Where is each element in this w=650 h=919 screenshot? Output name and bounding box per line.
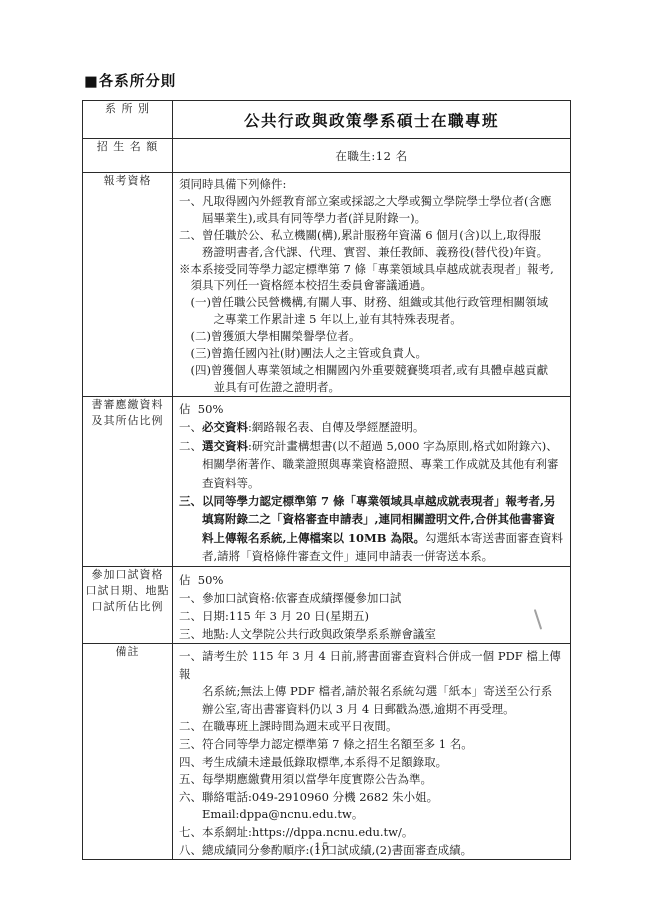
text-line: 二、日期:115 年 3 月 20 日(星期五) [179, 607, 567, 625]
text-line: 須具下列任一資格經本校招生委員會審議通過。 [179, 277, 567, 294]
interview-content: 佔 50%一、參加口試資格:依審查成績擇優參加口試二、日期:115 年 3 月 … [173, 567, 571, 644]
row-label-text: 系 所 別 [83, 101, 172, 117]
text-segment: (一)曾任職公民營機構,有關人事、財務、組織或其他行政管理相關領域 [191, 295, 549, 309]
row-label-documents: 書審應繳資料 及其所佔比例 [83, 397, 173, 567]
table-row-notes: 備註 一、請考生於 115 年 3 月 4 日前,將書面審查資料合併成一個 PD… [83, 644, 571, 860]
row-label-qualification: 報考資格 [83, 173, 173, 397]
text-segment: 屆畢業生),或具有同等學力者(詳見附錄一)。 [202, 211, 426, 225]
text-line: 須同時具備下列條件: [179, 176, 567, 193]
text-line: 二、在職專班上課時間為週末或平日夜間。 [179, 718, 567, 736]
text-line: 佔 50% [179, 400, 567, 418]
text-line: 七、本系網址:https://dppa.ncnu.edu.tw/。 [179, 824, 567, 842]
text-line: 四、考生成績未達最低錄取標準,本系得不足額錄取。 [179, 754, 567, 772]
text-line: 辦公室,寄出書審資料仍以 3 月 4 日郵戳為憑,逾期不再受理。 [179, 701, 567, 719]
text-line: 屆畢業生),或具有同等學力者(詳見附錄一)。 [179, 210, 567, 227]
text-segment: 一、凡取得國內外經教育部立案或採認之大學或獨立學院學士學位者(含應 [179, 194, 551, 208]
text-line: 一、必交資料:網路報名表、自傳及學經歷證明。 [179, 418, 567, 436]
text-line: 三、符合同等學力認定標準第 7 條之招生名額至多 1 名。 [179, 736, 567, 754]
text-line: (二)曾獲頒大學相關榮譽學位者。 [179, 328, 567, 345]
text-segment: 辦公室,寄出書審資料仍以 3 月 4 日郵戳為憑,逾期不再受理。 [202, 702, 515, 716]
text-line: 名系統;無法上傳 PDF 檔者,請於報名系統勾選「紙本」寄送至公行系 [179, 683, 567, 701]
row-label-text: 參加口試資格 [83, 567, 172, 583]
row-label-text: 書審應繳資料 [83, 397, 172, 413]
text-segment: 並具有可佐證之證明者。 [214, 380, 341, 394]
table-row-interview: 參加口試資格 口試日期、地點 口試所佔比例 佔 50%一、參加口試資格:依審查成… [83, 567, 571, 644]
department-title: 公共行政與政策學系碩士在職專班 [173, 101, 571, 139]
text-line: 三、以同等學力認定標準第 7 條「專業領域具卓越成就表現者」報考者,另 [179, 492, 567, 510]
row-label-interview: 參加口試資格 口試日期、地點 口試所佔比例 [83, 567, 173, 644]
text-segment: 佔 50% [179, 402, 223, 416]
text-line: 料上傳報名系統,上傳檔案以 10MB 為限。勾選紙本寄送書面審查資料 [179, 529, 567, 547]
notes-content: 一、請考生於 115 年 3 月 4 日前,將書面審查資料合併成一個 PDF 檔… [173, 644, 571, 860]
text-line: (四)曾獲個人專業領域之相關國內外重要競賽獎項者,或有具體卓越貢獻 [179, 362, 567, 379]
text-line: 一、凡取得國內外經教育部立案或採認之大學或獨立學院學士學位者(含應 [179, 193, 567, 210]
text-segment: 一、請考生於 115 年 3 月 4 日前,將書面審查資料合併成一個 PDF 檔… [179, 649, 561, 681]
text-segment: 三、符合同等學力認定標準第 7 條之招生名額至多 1 名。 [179, 737, 473, 751]
row-label-text: 招 生 名 額 [83, 139, 172, 155]
admission-table: 系 所 別 公共行政與政策學系碩士在職專班 招 生 名 額 在職生:12 名 報… [82, 100, 571, 860]
text-segment: 一、 [179, 420, 202, 434]
text-line: 八、總成績同分參酌順序:(1)口試成績,(2)書面審查成績。 [179, 842, 567, 860]
text-segment: 佔 50% [179, 573, 223, 587]
text-segment: 三、地點:人文學院公共行政與政策學系系辦會議室 [179, 627, 436, 641]
text-segment: (三)曾擔任國內社(財)團法人之主管或負責人。 [191, 346, 427, 360]
table-row-quota: 招 生 名 額 在職生:12 名 [83, 139, 571, 173]
row-label-text: 口試日期、地點 [83, 583, 172, 599]
text-segment: 之專業工作累計達 5 年以上,並有其特殊表現者。 [214, 312, 462, 326]
text-segment: 相關學術著作、職業證照與專業資格證照、專業工作成就及其他有利審 [202, 457, 559, 471]
text-segment: Email:dppa@ncnu.edu.tw。 [202, 807, 363, 821]
notes-lines: 一、請考生於 115 年 3 月 4 日前,將書面審查資料合併成一個 PDF 檔… [173, 644, 570, 859]
documents-lines: 佔 50%一、必交資料:網路報名表、自傳及學經歷證明。二、選交資料:研究計畫構想… [173, 397, 570, 566]
text-line: (三)曾擔任國內社(財)團法人之主管或負責人。 [179, 345, 567, 362]
text-segment: 須具下列任一資格經本校招生委員會審議通過。 [191, 278, 433, 292]
text-segment: 七、本系網址:https://dppa.ncnu.edu.tw/。 [179, 825, 413, 839]
section-heading: ■各系所分則 [84, 70, 176, 91]
text-line: 者,請將「資格條件審查文件」連同申請表一併寄送本系。 [179, 547, 567, 565]
text-line: 查資料等。 [179, 474, 567, 492]
text-line: (一)曾任職公民營機構,有關人事、財務、組織或其他行政管理相關領域 [179, 294, 567, 311]
text-segment: :研究計畫構想書(以不超過 5,000 字為原則,格式如附錄六)、 [248, 439, 558, 453]
text-segment: 勾選紙本寄送書面審查資料 [425, 531, 563, 545]
text-segment: 務證明書者,含代課、代理、實習、兼任教師、義務役(替代役)年資。 [202, 245, 548, 259]
qualification-lines: 須同時具備下列條件:一、凡取得國內外經教育部立案或採認之大學或獨立學院學士學位者… [173, 173, 570, 396]
text-segment: 名系統;無法上傳 PDF 檔者,請於報名系統勾選「紙本」寄送至公行系 [202, 684, 552, 698]
text-segment: 須同時具備下列條件: [179, 177, 286, 191]
page-number: 15 [282, 841, 362, 853]
row-label-text: 備註 [83, 644, 172, 660]
text-segment: 二、日期:115 年 3 月 20 日(星期五) [179, 609, 369, 623]
interview-lines: 佔 50%一、參加口試資格:依審查成績擇優參加口試二、日期:115 年 3 月 … [173, 567, 570, 643]
text-line: 二、選交資料:研究計畫構想書(以不超過 5,000 字為原則,格式如附錄六)、 [179, 437, 567, 455]
row-label-text: 及其所佔比例 [83, 413, 172, 429]
table-row-qualification: 報考資格 須同時具備下列條件:一、凡取得國內外經教育部立案或採認之大學或獨立學院… [83, 173, 571, 397]
text-line: ※本系接受同等學力認定標準第 7 條「專業領域具卓越成就表現者」報考, [179, 261, 567, 278]
documents-content: 佔 50%一、必交資料:網路報名表、自傳及學經歷證明。二、選交資料:研究計畫構想… [173, 397, 571, 567]
text-segment: 二、 [179, 439, 202, 453]
text-line: 六、聯絡電話:049-2910960 分機 2682 朱小姐。 [179, 789, 567, 807]
text-segment: 四、考生成績未達最低錄取標準,本系得不足額錄取。 [179, 755, 447, 769]
row-label-department: 系 所 別 [83, 101, 173, 139]
text-line: 相關學術著作、職業證照與專業資格證照、專業工作成就及其他有利審 [179, 455, 567, 473]
text-segment: ※本系接受同等學力認定標準第 7 條「專業領域具卓越成就表現者」報考, [179, 262, 554, 276]
text-line: 一、請考生於 115 年 3 月 4 日前,將書面審查資料合併成一個 PDF 檔… [179, 648, 567, 683]
text-segment: :網路報名表、自傳及學經歷證明。 [248, 420, 424, 434]
text-segment: 者,請將「資格條件審查文件」連同申請表一併寄送本系。 [202, 549, 493, 563]
text-segment: 三、以同等學力認定標準第 7 條「專業領域具卓越成就表現者」報考者,另 [179, 494, 556, 508]
text-line: 填寫附錄二之「資格審查申請表」,連同相關證明文件,合併其他書審資 [179, 510, 567, 528]
text-line: 五、每學期應繳費用須以當學年度實際公告為準。 [179, 771, 567, 789]
text-line: 三、地點:人文學院公共行政與政策學系系辦會議室 [179, 625, 567, 643]
text-line: 佔 50% [179, 571, 567, 589]
text-line: 之專業工作累計達 5 年以上,並有其特殊表現者。 [179, 311, 567, 328]
text-line: 二、曾任職於公、私立機關(構),累計服務年資滿 6 個月(含)以上,取得服 [179, 227, 567, 244]
text-segment: 查資料等。 [202, 476, 260, 490]
quota-value: 在職生:12 名 [173, 139, 571, 173]
text-segment: 一、參加口試資格:依審查成績擇優參加口試 [179, 591, 401, 605]
text-segment: 必交資料 [202, 420, 248, 434]
text-line: 一、參加口試資格:依審查成績擇優參加口試 [179, 589, 567, 607]
text-segment: (四)曾獲個人專業領域之相關國內外重要競賽獎項者,或有具體卓越貢獻 [191, 363, 549, 377]
text-line: Email:dppa@ncnu.edu.tw。 [179, 806, 567, 824]
table-row-department: 系 所 別 公共行政與政策學系碩士在職專班 [83, 101, 571, 139]
text-segment: (二)曾獲頒大學相關榮譽學位者。 [191, 329, 361, 343]
text-segment: 填寫附錄二之「資格審查申請表」,連同相關證明文件,合併其他書審資 [202, 512, 555, 526]
text-segment: 選交資料 [202, 439, 248, 453]
text-segment: 二、曾任職於公、私立機關(構),累計服務年資滿 6 個月(含)以上,取得服 [179, 228, 541, 242]
qualification-content: 須同時具備下列條件:一、凡取得國內外經教育部立案或採認之大學或獨立學院學士學位者… [173, 173, 571, 397]
text-segment: 料上傳報名系統,上傳檔案以 10MB 為限。 [202, 531, 425, 545]
row-label-text: 口試所佔比例 [83, 599, 172, 615]
text-line: 務證明書者,含代課、代理、實習、兼任教師、義務役(替代役)年資。 [179, 244, 567, 261]
row-label-quota: 招 生 名 額 [83, 139, 173, 173]
text-line: 並具有可佐證之證明者。 [179, 379, 567, 396]
text-segment: 五、每學期應繳費用須以當學年度實際公告為準。 [179, 772, 432, 786]
text-segment: 六、聯絡電話:049-2910960 分機 2682 朱小姐。 [179, 790, 438, 804]
row-label-text: 報考資格 [83, 173, 172, 189]
text-segment: 二、在職專班上課時間為週末或平日夜間。 [179, 719, 398, 733]
table-row-documents: 書審應繳資料 及其所佔比例 佔 50%一、必交資料:網路報名表、自傳及學經歷證明… [83, 397, 571, 567]
row-label-notes: 備註 [83, 644, 173, 860]
